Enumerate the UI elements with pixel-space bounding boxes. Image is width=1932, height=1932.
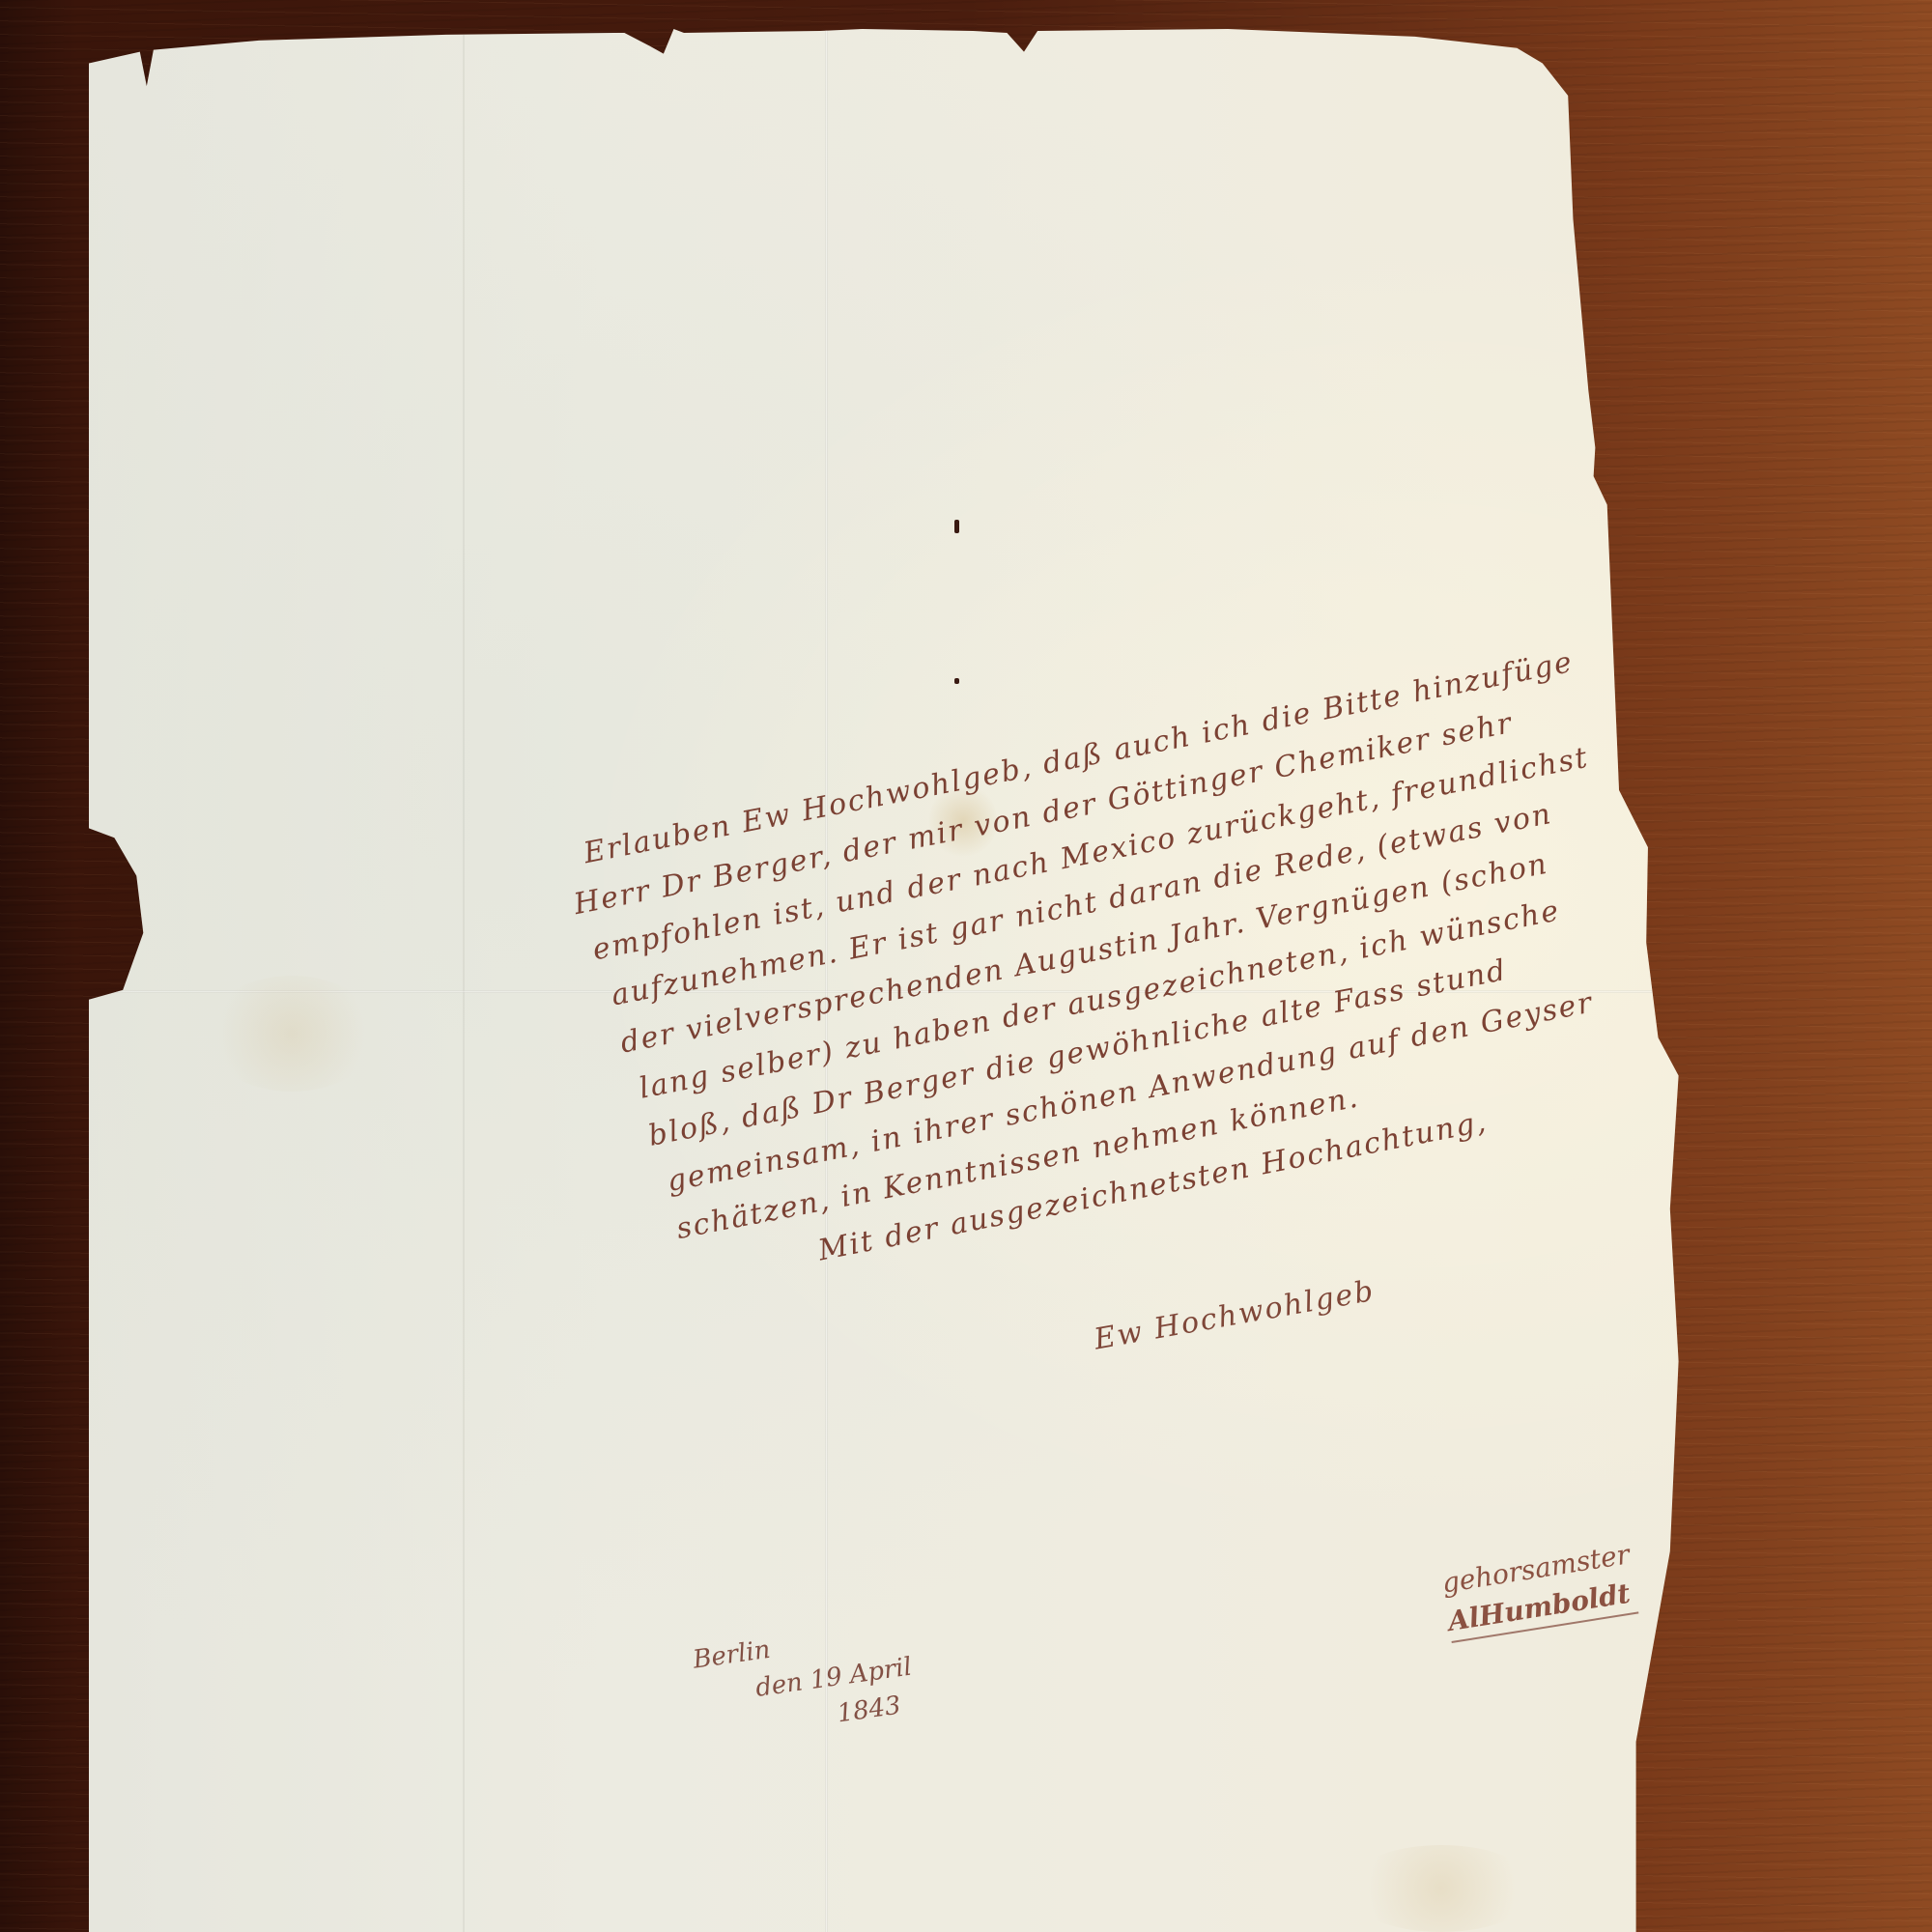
ink-mark bbox=[954, 678, 959, 684]
secondary-fold-crease bbox=[463, 29, 465, 1932]
ink-mark bbox=[954, 520, 959, 533]
foxing-stain bbox=[205, 976, 379, 1092]
foxing-stain bbox=[1345, 1845, 1538, 1932]
